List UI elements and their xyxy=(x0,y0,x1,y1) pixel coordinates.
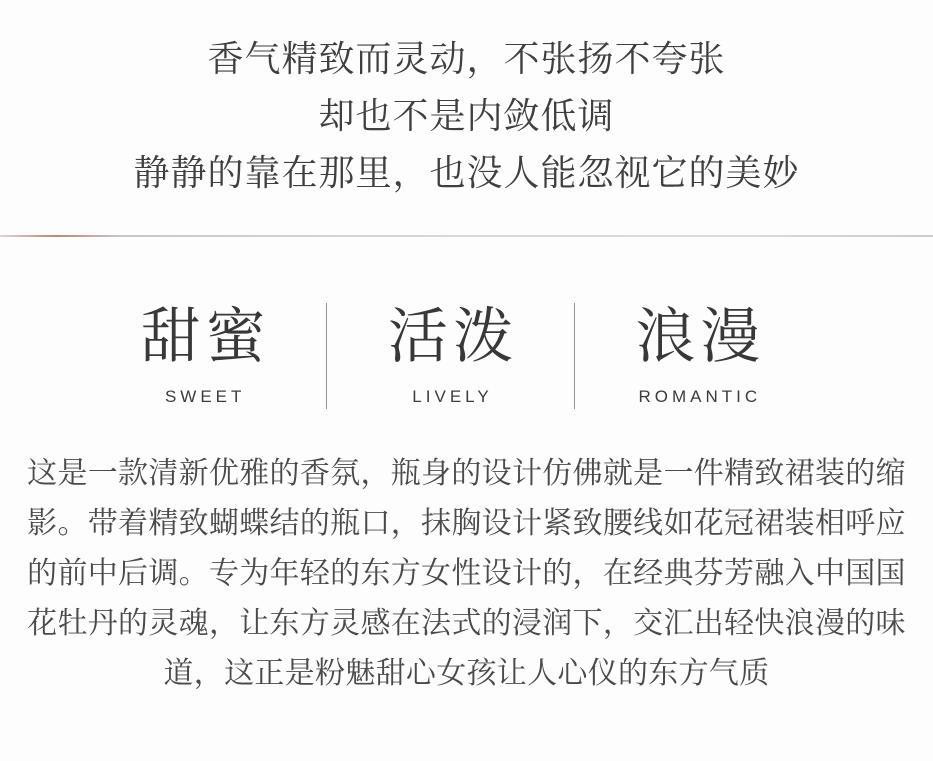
trait-lively-en-label: LIVELY xyxy=(408,387,492,407)
trait-sweet-en-label: SWEET xyxy=(161,387,245,407)
description-line-4: 花牡丹的灵魂，让东方灵感在法式的浸润下，交汇出轻快浪漫的味 xyxy=(0,599,933,649)
description-line-2: 影。带着精致蝴蝶结的瓶口，抹胸设计紧致腰线如花冠裙装相呼应 xyxy=(0,499,933,549)
description-line-1: 这是一款清新优雅的香氛，瓶身的设计仿佛就是一件精致裙装的缩 xyxy=(0,449,933,499)
intro-line-3: 静静的靠在那里，也没人能忽视它的美妙 xyxy=(0,144,933,201)
intro-line-2: 却也不是内敛低调 xyxy=(0,87,933,144)
trait-romantic-en-label: ROMANTIC xyxy=(634,387,761,407)
trait-sweet-cn-label: 甜蜜 xyxy=(136,305,271,369)
section-divider xyxy=(0,235,933,237)
description-line-3: 的前中后调。专为年轻的东方女性设计的，在经典芬芳融入中国国 xyxy=(0,549,933,599)
description-paragraph: 这是一款清新优雅的香氛，瓶身的设计仿佛就是一件精致裙装的缩 影。带着精致蝴蝶结的… xyxy=(0,449,933,699)
intro-line-1: 香气精致而灵动，不张扬不夸张 xyxy=(0,30,933,87)
trait-romantic: 浪漫 ROMANTIC xyxy=(575,305,821,407)
description-line-5: 道，这正是粉魅甜心女孩让人心仪的东方气质 xyxy=(0,649,933,699)
product-description-page: { "page": { "background": "#fdfdfd", "he… xyxy=(0,0,933,761)
trait-lively-cn-label: 活泼 xyxy=(383,305,518,369)
trait-sweet: 甜蜜 SWEET xyxy=(80,305,326,407)
traits-row: 甜蜜 SWEET 活泼 LIVELY 浪漫 ROMANTIC xyxy=(80,303,821,409)
trait-romantic-cn-label: 浪漫 xyxy=(630,305,765,369)
intro-headline: 香气精致而灵动，不张扬不夸张 却也不是内敛低调 静静的靠在那里，也没人能忽视它的… xyxy=(0,0,933,201)
trait-lively: 活泼 LIVELY xyxy=(327,305,573,407)
